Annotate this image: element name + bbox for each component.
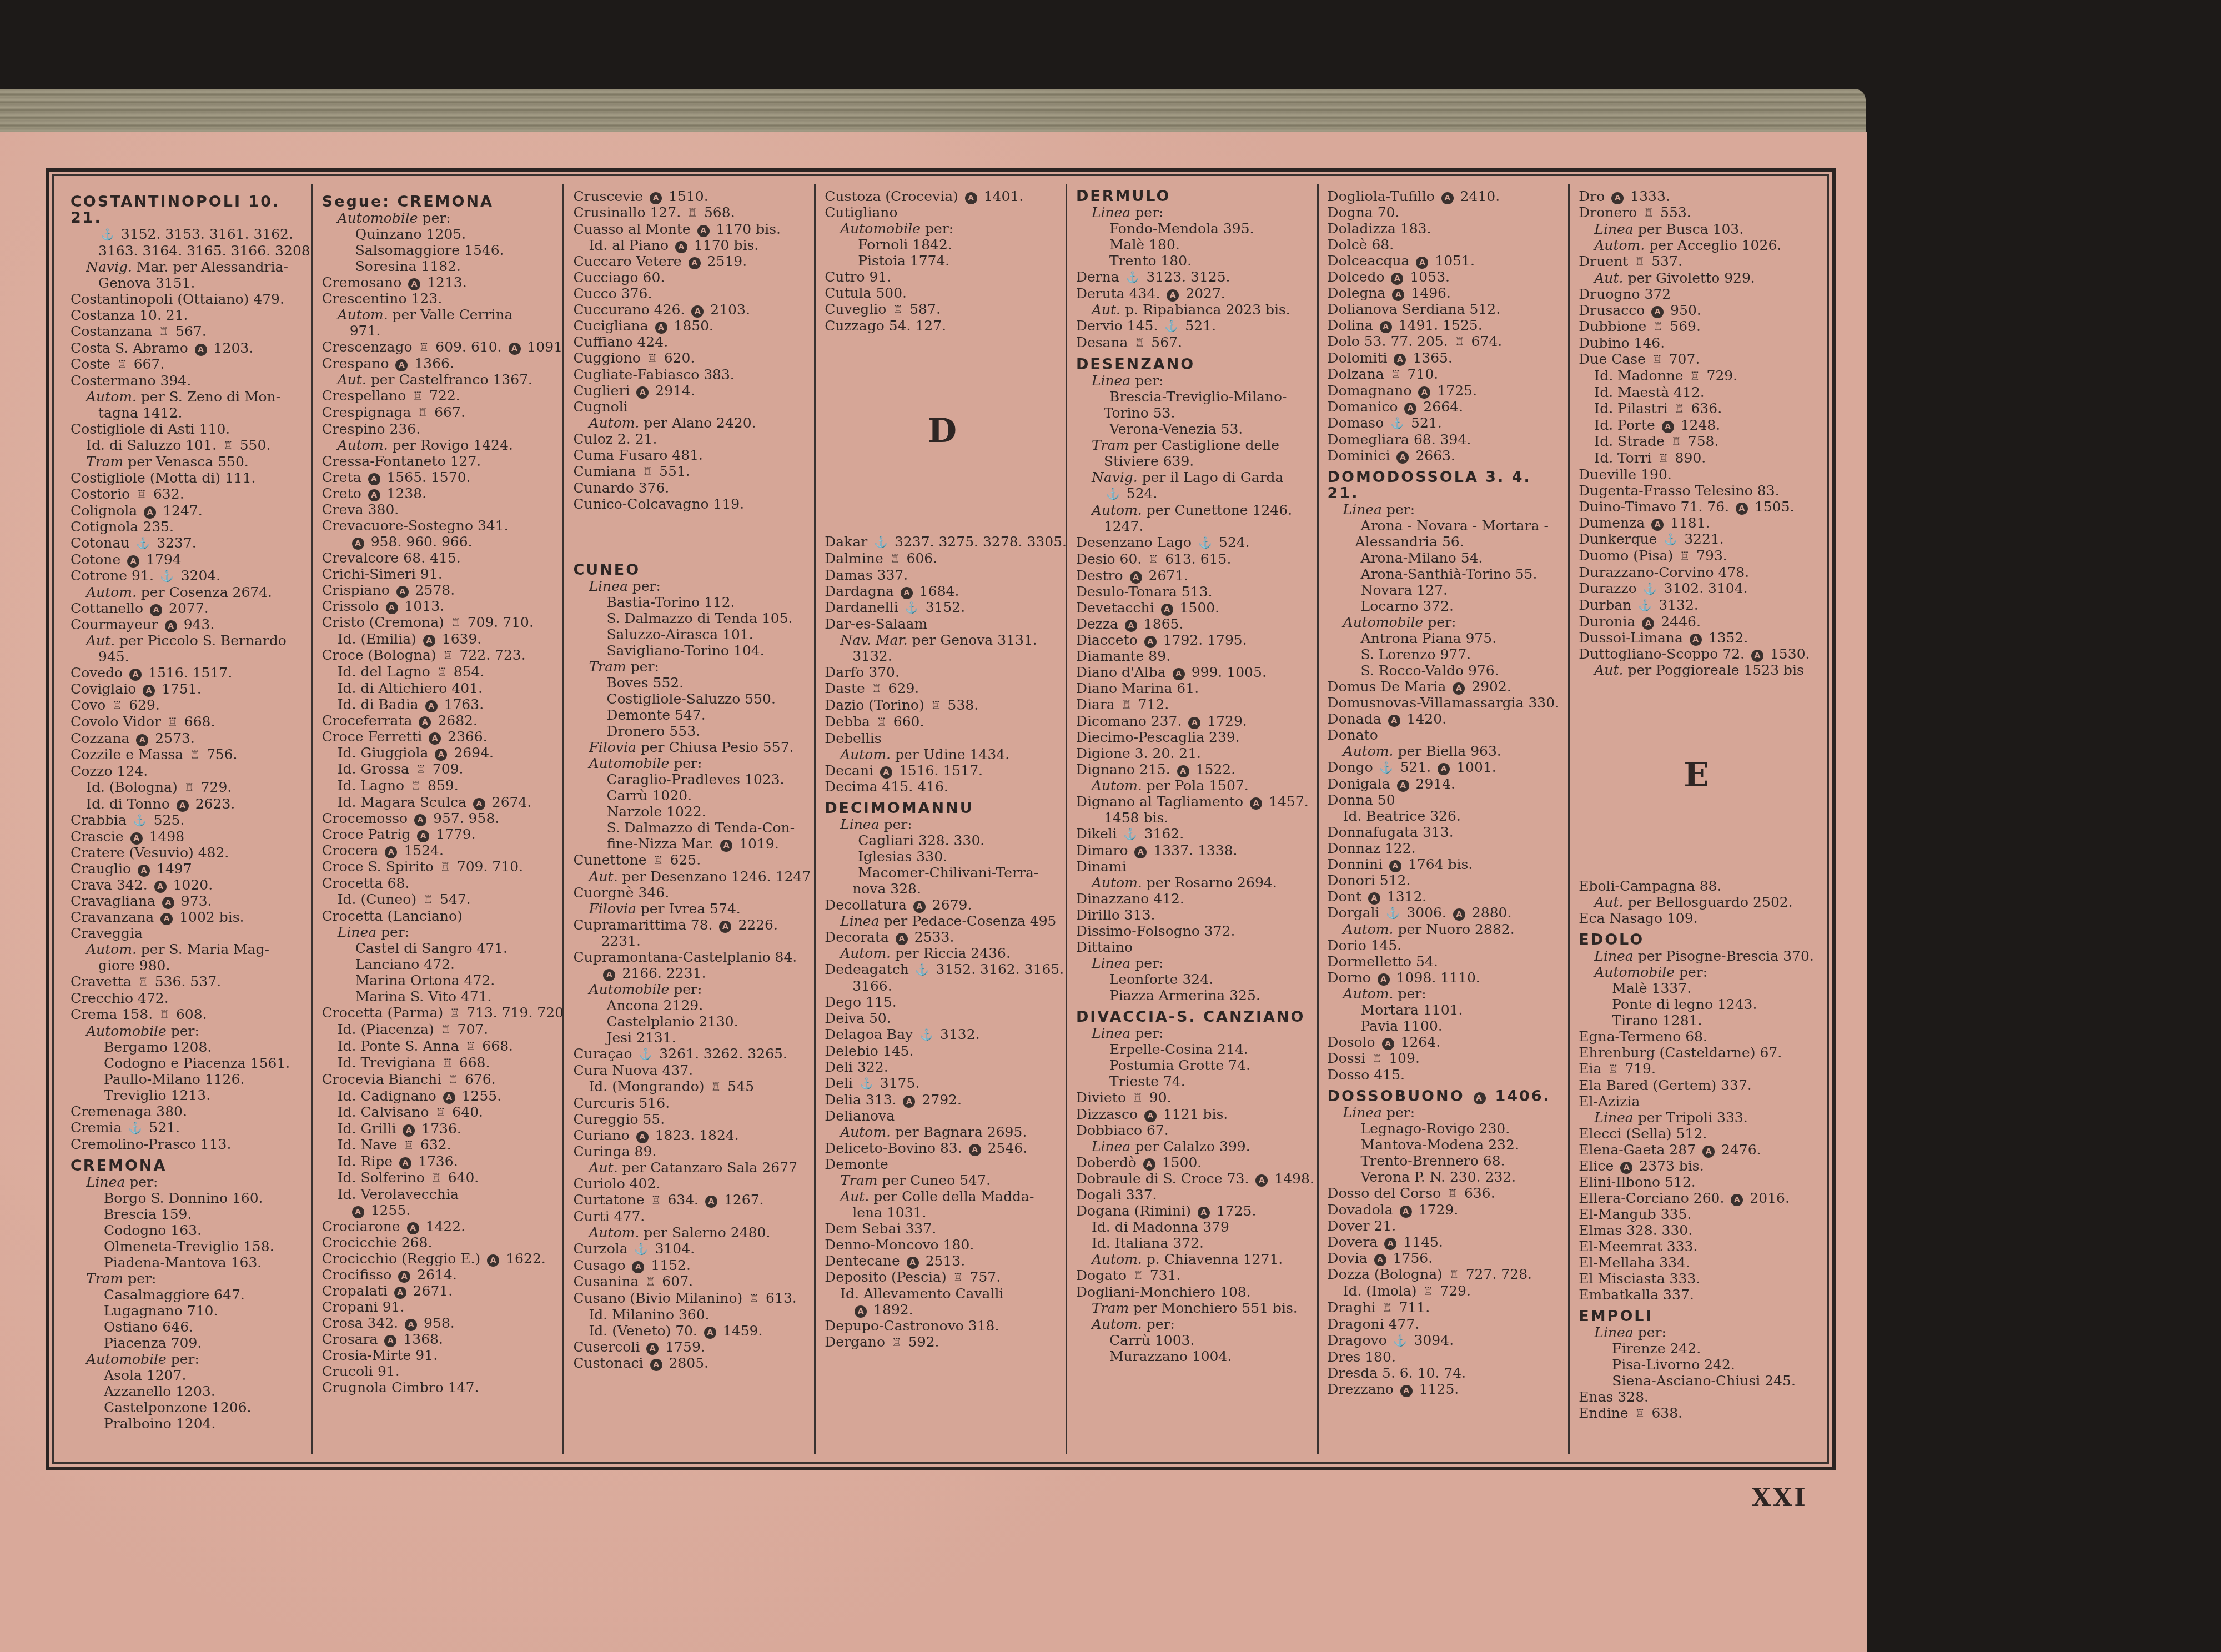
automobile-service-icon: A [691, 305, 704, 318]
index-subentry: Bergamo 1208. [71, 1039, 306, 1055]
index-entry: Dosso 415. [1328, 1067, 1563, 1083]
index-subentry: Tram per Monchiero 551 bis. [1076, 1300, 1312, 1316]
index-subentry: Linea per: [825, 816, 1060, 832]
automobile-service-icon: A [1662, 421, 1674, 433]
index-subentry: Id. (Cuneo) ♖ 547. [322, 891, 557, 908]
tram-bell-icon: ♖ [1134, 335, 1144, 351]
index-entry: Cuzzago 54. 127. [825, 318, 1060, 334]
index-subentry: Marina Ortona 472. [322, 972, 557, 988]
index-subentry: giore 980. [71, 957, 306, 973]
index-subentry: Id. Ripe A 1736. [322, 1153, 557, 1169]
index-entry: Costa S. Abramo A 1203. [71, 340, 306, 356]
index-entry: Crocetta (Lanciano) [322, 908, 557, 924]
index-entry: Elmas 328. 330. [1579, 1222, 1814, 1238]
section-heading: DOMODOSSOLA 3. 4. 21. [1328, 469, 1563, 501]
index-subentry: 3166. [825, 978, 1060, 994]
index-entry: Crocicchie 268. [322, 1234, 557, 1251]
index-entry: Domusnovas-Villamassargia 330. [1328, 695, 1563, 711]
automobile-service-icon: A [473, 798, 485, 810]
index-subentry: Id. Beatrice 326. [1328, 808, 1563, 824]
tram-bell-icon: ♖ [687, 205, 697, 221]
index-entry: Crugnola Cimbro 147. [322, 1379, 557, 1395]
index-entry: Cuorgnè 346. [573, 885, 808, 901]
index-entry: Curti 477. [573, 1208, 808, 1224]
index-entry: Crocemosso A 957. 958. [322, 810, 557, 826]
index-entry: Cuveglio ♖ 587. [825, 301, 1060, 318]
index-entry: Curcuris 516. [573, 1095, 808, 1111]
index-subentry: Erpelle-Cosina 214. [1076, 1041, 1312, 1057]
tram-bell-icon: ♖ [1659, 450, 1669, 466]
automobile-service-icon: A [855, 1305, 867, 1318]
index-subentry: Linea per: [1328, 501, 1563, 518]
index-subentry: Novara 127. [1328, 582, 1563, 598]
automobile-service-icon: A [1143, 1158, 1155, 1171]
index-entry: Crocicchio (Reggio E.) A 1622. [322, 1251, 557, 1267]
automobile-service-icon: A [423, 635, 435, 647]
automobile-service-icon: A [1474, 1092, 1486, 1104]
index-subentry: Id. Madonne ♖ 729. [1579, 368, 1814, 384]
section-heading: DESENZANO [1076, 356, 1312, 373]
index-entry: Cozzo 124. [71, 763, 306, 779]
automobile-service-icon: A [1188, 717, 1200, 729]
index-subentry: Tram per Castiglione delle [1076, 437, 1312, 453]
index-entry: Dentecane A 2513. [825, 1253, 1060, 1269]
index-entry: Crauglio A 1497 [71, 861, 306, 877]
index-subentry: S. Lorenzo 977. [1328, 646, 1563, 662]
index-entry: El Misciasta 333. [1579, 1271, 1814, 1287]
index-subentry: Autom. per Pola 1507. [1076, 777, 1312, 794]
index-subentry: Cagliari 328. 330. [825, 832, 1060, 848]
index-subentry: Linea per Busca 103. [1579, 221, 1814, 237]
index-entry: Cutigliano [825, 204, 1060, 220]
automobile-service-icon: A [697, 225, 710, 237]
index-column-1: COSTANTINOPOLI 10. 21.⚓ 3152. 3153. 3161… [62, 184, 311, 1454]
index-entry: Dezza A 1865. [1076, 616, 1312, 632]
index-entry: Dolzana ♖ 710. [1328, 366, 1563, 383]
index-entry: Doberdò A 1500. [1076, 1154, 1312, 1171]
index-entry: Dolianova Serdiana 512. [1328, 301, 1563, 317]
tram-bell-icon: ♖ [448, 1072, 458, 1088]
index-subentry: Carrù 1020. [573, 787, 808, 804]
index-subentry: Autom. per Valle Cerrina [322, 307, 557, 323]
index-entry: Dubino 146. [1579, 335, 1814, 351]
automobile-service-icon: A [352, 538, 364, 550]
tram-bell-icon: ♖ [647, 350, 657, 366]
index-entry: Domus De Maria A 2902. [1328, 679, 1563, 695]
index-entry: Donnaz 122. [1328, 840, 1563, 856]
automobile-service-icon: A [195, 344, 207, 356]
index-entry: Delia 313. A 2792. [825, 1092, 1060, 1108]
index-entry: Deli 322. [825, 1059, 1060, 1075]
index-entry: Enas 328. [1579, 1389, 1814, 1405]
index-entry: Costantinopoli (Ottaiano) 479. [71, 291, 306, 307]
index-entry: Curiano A 1823. 1824. [573, 1127, 808, 1143]
index-subentry: Navig. Mar. per Alessandria- [71, 259, 306, 275]
index-entry: Dicomano 237. A 1729. [1076, 713, 1312, 729]
index-subentry: Siena-Asciano-Chiusi 245. [1579, 1373, 1814, 1389]
tram-bell-icon: ♖ [1455, 334, 1465, 350]
index-subentry: Borgo S. Donnino 160. [71, 1190, 306, 1206]
automobile-service-icon: A [1642, 617, 1654, 630]
index-subentry: Pavia 1100. [1328, 1018, 1563, 1034]
automobile-service-icon: A [719, 921, 731, 933]
index-entry: Crespino 236. [322, 421, 557, 437]
index-subentry: Genova 3151. [71, 275, 306, 291]
tram-bell-icon: ♖ [437, 664, 447, 680]
index-entry: Creto A 1238. [322, 485, 557, 501]
index-entry: Delebio 145. [825, 1043, 1060, 1059]
index-entry: Cressa-Fontaneto 127. [322, 453, 557, 469]
tram-bell-icon: ♖ [441, 1022, 451, 1038]
index-subentry: Dronero 553. [573, 723, 808, 739]
index-subentry: Jesi 2131. [573, 1030, 808, 1046]
index-entry: El-Mellaha 334. [1579, 1254, 1814, 1271]
automobile-service-icon: A [1388, 715, 1400, 727]
automobile-service-icon: A [903, 1096, 915, 1108]
index-subentry: Nav. Mar. per Genova 3131. [825, 632, 1060, 648]
index-subentry: Id. Milanino 360. [573, 1307, 808, 1323]
index-subentry: Id. (Bologna) ♖ 729. [71, 779, 306, 796]
index-subentry: Id. di Madonna 379 [1076, 1219, 1312, 1235]
index-subentry: Autom. per Riccia 2436. [825, 945, 1060, 961]
index-subentry: Verona-Venezia 53. [1076, 421, 1312, 437]
index-entry: Deli ⚓ 3175. [825, 1075, 1060, 1092]
index-subentry: Alessandria 56. [1328, 534, 1563, 550]
index-subentry: Carrù 1003. [1076, 1332, 1312, 1348]
index-subentry: Trento 180. [1076, 253, 1312, 269]
index-subentry: S. Dalmazzo di Tenda 105. [573, 610, 808, 626]
index-subentry: Tram per Cuneo 547. [825, 1172, 1060, 1188]
index-column-4: Custoza (Crocevia) A 1401.CutiglianoAuto… [814, 184, 1066, 1454]
automobile-service-icon: A [127, 555, 139, 568]
index-subentry: Paullo-Milano 1126. [71, 1071, 306, 1087]
index-entry: Cura Nuova 437. [573, 1062, 808, 1078]
index-subentry: Trieste 74. [1076, 1073, 1312, 1089]
automobile-service-icon: A [443, 1092, 455, 1104]
index-subentry: Fornoli 1842. [825, 237, 1060, 253]
index-entry: Dresda 5. 6. 10. 74. [1328, 1365, 1563, 1381]
index-entry: Dimaro A 1337. 1338. [1076, 842, 1312, 858]
index-entry: Costigliole (Motta di) 111. [71, 470, 306, 486]
index-entry: Cottanello A 2077. [71, 600, 306, 616]
index-subentry: Id. Ponte S. Anna ♖ 668. [322, 1038, 557, 1055]
section-heading: COSTANTINOPOLI 10. 21. [71, 194, 306, 226]
index-entry: Crusinallo 127. ♖ 568. [573, 204, 808, 221]
automobile-service-icon: A [1382, 1038, 1394, 1050]
ship-anchor-icon: ⚓ [136, 535, 150, 551]
automobile-service-icon: A [1374, 1254, 1386, 1266]
automobile-service-icon: A [1161, 604, 1173, 616]
tram-bell-icon: ♖ [1608, 1061, 1618, 1077]
tram-bell-icon: ♖ [411, 778, 421, 794]
index-subentry: Castelponzone 1206. [71, 1399, 306, 1415]
tram-bell-icon: ♖ [749, 1291, 759, 1307]
automobile-service-icon: A [398, 1271, 410, 1283]
index-subentry: Aut. p. Ripabianca 2023 bis. [1076, 302, 1312, 318]
ship-anchor-icon: ⚓ [128, 1120, 142, 1136]
tram-bell-icon: ♖ [451, 615, 461, 631]
index-entry: Dizzasco A 1121 bis. [1076, 1106, 1312, 1122]
index-subentry: Savigliano-Torino 104. [573, 642, 808, 659]
index-entry: Covedo A 1516. 1517. [71, 665, 306, 681]
index-entry: Ela Bared (Gertem) 337. [1579, 1077, 1814, 1093]
index-subentry: Filovia per Ivrea 574. [573, 901, 808, 917]
tram-bell-icon: ♖ [431, 1170, 441, 1186]
index-entry: Crascie A 1498 [71, 828, 306, 845]
index-subentry: Autom. per: [1328, 986, 1563, 1002]
automobile-service-icon: A [1173, 668, 1185, 680]
index-entry: El-Meemrat 333. [1579, 1238, 1814, 1254]
tram-bell-icon: ♖ [1635, 1405, 1645, 1422]
index-entry: Dogato ♖ 731. [1076, 1267, 1312, 1284]
tram-bell-icon: ♖ [416, 761, 426, 777]
automobile-service-icon: A [1378, 973, 1390, 986]
automobile-service-icon: A [1389, 860, 1401, 872]
index-entry: Crociarone A 1422. [322, 1218, 557, 1234]
tram-bell-icon: ♖ [184, 780, 194, 796]
automobile-service-icon: A [969, 1144, 981, 1156]
index-entry: Colignola A 1247. [71, 503, 306, 519]
index-entry: Desenzano Lago ⚓ 524. [1076, 534, 1312, 551]
index-entry: Cristo (Cremona) ♖ 709. 710. [322, 614, 557, 631]
index-subentry: Locarno 372. [1328, 598, 1563, 614]
index-subentry: 971. [322, 323, 557, 339]
index-entry: Dres 180. [1328, 1349, 1563, 1365]
index-entry: Cruscevie A 1510. [573, 188, 808, 204]
automobile-service-icon: A [880, 766, 892, 779]
index-subentry: Automobile per: [322, 210, 557, 226]
index-subentry: Ponte di legno 1243. [1579, 996, 1814, 1012]
index-entry: Deposito (Pescia) ♖ 757. [825, 1269, 1060, 1286]
index-entry: Dragoni 477. [1328, 1316, 1563, 1332]
section-heading: DOSSOBUONO A 1406. [1328, 1088, 1563, 1104]
index-entry: Diano d'Alba A 999. 1005. [1076, 664, 1312, 680]
index-subentry: Iglesias 330. [825, 848, 1060, 865]
index-subentry: ⚓ 524. [1076, 485, 1312, 502]
index-entry: El-Mangub 335. [1579, 1206, 1814, 1222]
index-subentry: 3163. 3164. 3165. 3166. 3208. [71, 243, 306, 259]
index-subentry: Legnago-Rovigo 230. [1328, 1121, 1563, 1137]
index-entry: Dogna 70. [1328, 204, 1563, 220]
index-entry: Decima 415. 416. [825, 779, 1060, 795]
index-entry: Curtatone ♖ 634. A 1267. [573, 1192, 808, 1208]
index-entry: Domaso ⚓ 521. [1328, 415, 1563, 431]
index-subentry: Id. di Saluzzo 101. ♖ 550. [71, 437, 306, 454]
index-entry: Covolo Vidor ♖ 668. [71, 714, 306, 730]
index-subentry: Linea per: [1076, 204, 1312, 220]
index-entry: Cugnoli [573, 399, 808, 415]
index-entry: Digione 3. 20. 21. [1076, 745, 1312, 761]
index-entry: Dorgali ⚓ 3006. A 2880. [1328, 905, 1563, 921]
index-entry: Crespellano ♖ 722. [322, 388, 557, 404]
index-entry: Dragovo ⚓ 3094. [1328, 1332, 1563, 1349]
index-entry: Cuasso al Monte A 1170 bis. [573, 221, 808, 237]
index-frame: COSTANTINOPOLI 10. 21.⚓ 3152. 3153. 3161… [46, 168, 1836, 1470]
index-subentry: Soresina 1182. [322, 258, 557, 274]
index-subentry: Aut. per Desenzano 1246. 1247 [573, 868, 808, 885]
automobile-service-icon: A [130, 832, 143, 845]
index-entry: Elena-Gaeta 287 A 2476. [1579, 1142, 1814, 1158]
index-entry: Crema 158. ♖ 608. [71, 1006, 306, 1023]
automobile-service-icon: A [352, 1206, 364, 1218]
index-entry: Dovera A 1145. [1328, 1234, 1563, 1250]
index-entry: Dumenza A 1181. [1579, 515, 1814, 531]
index-subentry: Malè 180. [1076, 237, 1312, 253]
index-subentry: Id. Trevigiana ♖ 668. [322, 1055, 557, 1071]
index-entry: Dar-es-Salaam [825, 616, 1060, 632]
index-entry: Cuffiano 424. [573, 334, 808, 350]
index-entry: Dosolo A 1264. [1328, 1034, 1563, 1050]
automobile-service-icon: A [1441, 192, 1454, 204]
index-subentry: Id. Solferino ♖ 640. [322, 1169, 557, 1186]
index-subentry: 1247. [1076, 518, 1312, 534]
index-subentry: Mortara 1101. [1328, 1002, 1563, 1018]
index-entry: Duomo (Pisa) ♖ 793. [1579, 548, 1814, 564]
index-subentry: A 1892. [825, 1302, 1060, 1318]
index-entry: Decorata A 2533. [825, 929, 1060, 945]
index-subentry: Castel di Sangro 471. [322, 940, 557, 956]
index-subentry: Id. Calvisano ♖ 640. [322, 1104, 557, 1121]
automobile-service-icon: A [632, 1261, 644, 1273]
index-entry: Durban ⚓ 3132. [1579, 597, 1814, 614]
index-entry: Costanzana ♖ 567. [71, 323, 306, 340]
index-entry: Demonte [825, 1156, 1060, 1172]
automobile-service-icon: A [394, 1287, 406, 1299]
automobile-service-icon: A [138, 865, 150, 877]
automobile-service-icon: A [655, 322, 667, 334]
index-subentry: Aut. per Givoletto 929. [1579, 270, 1814, 286]
tram-bell-icon: ♖ [1449, 1267, 1459, 1283]
tram-bell-icon: ♖ [1690, 368, 1700, 384]
index-entry: Cravetta ♖ 536. 537. [71, 973, 306, 990]
automobile-service-icon: A [395, 359, 408, 371]
index-entry: Delianova [825, 1108, 1060, 1124]
index-entry: Cutro 91. [825, 269, 1060, 285]
index-subentry: Id. Pilastri ♖ 636. [1579, 400, 1814, 417]
index-subentry: ⚓ 3152. 3153. 3161. 3162. [71, 226, 306, 243]
index-entry: Divieto ♖ 90. [1076, 1089, 1312, 1106]
index-entry: Decollatura A 2679. [825, 897, 1060, 913]
tram-bell-icon: ♖ [1644, 205, 1654, 221]
tram-bell-icon: ♖ [1391, 366, 1401, 383]
tram-bell-icon: ♖ [1635, 254, 1645, 270]
index-subentry: Id. di Tonno A 2623. [71, 796, 306, 812]
index-entry: Dogali 337. [1076, 1187, 1312, 1203]
tram-bell-icon: ♖ [1148, 551, 1158, 568]
index-entry: Dolceacqua A 1051. [1328, 253, 1563, 269]
index-entry: Dubbione ♖ 569. [1579, 318, 1814, 335]
index-entry: Dergano ♖ 592. [825, 1334, 1060, 1350]
index-entry: Donnafugata 313. [1328, 824, 1563, 840]
index-subentry: Trento-Brennero 68. [1328, 1153, 1563, 1169]
index-entry: Crava 342. A 1020. [71, 877, 306, 893]
index-entry: Crosa 342. A 958. [322, 1315, 557, 1331]
tram-bell-icon: ♖ [1133, 1268, 1143, 1284]
index-subentry: Lugagnano 710. [71, 1303, 306, 1319]
ship-anchor-icon: ⚓ [860, 1076, 873, 1092]
index-subentry: Aut. per Piccolo S. Bernardo [71, 632, 306, 649]
ship-anchor-icon: ⚓ [1198, 535, 1212, 551]
index-entry: Dro A 1333. [1579, 188, 1814, 204]
index-entry: Crucoli 91. [322, 1363, 557, 1379]
index-subentry: Autom. per Bagnara 2695. [825, 1124, 1060, 1140]
tram-bell-icon: ♖ [419, 339, 429, 355]
automobile-service-icon: A [1167, 289, 1179, 302]
index-entry: Dover 21. [1328, 1218, 1563, 1234]
automobile-service-icon: A [1404, 403, 1416, 415]
automobile-service-icon: A [1397, 780, 1409, 792]
index-subentry: Autom. per Salerno 2480. [573, 1224, 808, 1241]
index-entry: Diano Marina 61. [1076, 680, 1312, 696]
index-subentry: Castelplanio 2130. [573, 1013, 808, 1030]
index-entry: Durazzo ⚓ 3102. 3104. [1579, 580, 1814, 597]
tram-bell-icon: ♖ [443, 647, 453, 664]
index-entry: Cusago A 1152. [573, 1257, 808, 1273]
index-entry: Donato [1328, 727, 1563, 743]
automobile-service-icon: A [1198, 1207, 1210, 1219]
index-entry: Dego 115. [825, 994, 1060, 1010]
automobile-service-icon: A [1391, 273, 1403, 285]
index-subentry: Murazzano 1004. [1076, 1348, 1312, 1364]
index-subentry: Macomer-Chilivani-Terra- [825, 865, 1060, 881]
index-entry: Cravanzana A 1002 bis. [71, 909, 306, 925]
index-subentry: Id. Strade ♖ 758. [1579, 433, 1814, 450]
index-subentry: fine-Nizza Mar. A 1019. [573, 836, 808, 852]
index-subentry: 1458 bis. [1076, 810, 1312, 826]
automobile-service-icon: A [509, 343, 521, 355]
index-subentry: Id. del Lagno ♖ 854. [322, 664, 557, 680]
index-subentry: Id. Magara Sculca A 2674. [322, 794, 557, 810]
ship-anchor-icon: ⚓ [1164, 318, 1178, 334]
tram-bell-icon: ♖ [711, 1079, 721, 1095]
automobile-service-icon: A [368, 473, 380, 485]
section-heading: CREMONA [71, 1158, 306, 1174]
index-subentry: Malè 1337. [1579, 980, 1814, 996]
index-subentry: Linea per Pisogne-Brescia 370. [1579, 948, 1814, 964]
index-entry: Cotrone 91. ⚓ 3204. [71, 568, 306, 584]
section-heading: EDOLO [1579, 932, 1814, 948]
index-entry: Cupramarittima 78. A 2226. [573, 917, 808, 933]
index-subentry: Codogno e Piacenza 1561. [71, 1055, 306, 1071]
index-entry: Dedeagatch ⚓ 3152. 3162. 3165. [825, 961, 1060, 978]
automobile-service-icon: A [1438, 763, 1450, 775]
automobile-service-icon: A [1384, 1238, 1396, 1250]
tram-bell-icon: ♖ [450, 1005, 460, 1021]
index-entry: Dunkerque ⚓ 3221. [1579, 531, 1814, 548]
index-entry: Culoz 2. 21. [573, 431, 808, 447]
index-entry: Eboli-Campagna 88. [1579, 878, 1814, 894]
section-heading: DIVACCIA-S. CANZIANO [1076, 1009, 1312, 1025]
automobile-service-icon: A [907, 1257, 919, 1269]
index-entry: Dolomiti A 1365. [1328, 350, 1563, 366]
index-entry: Custoza (Crocevia) A 1401. [825, 188, 1060, 204]
index-column-2: Segue: CREMONAAutomobile per:Quinzano 12… [311, 184, 563, 1454]
index-subentry: Id. Allevamento Cavalli [825, 1286, 1060, 1302]
tram-bell-icon: ♖ [877, 714, 887, 730]
index-subentry: Id. (Imola) ♖ 729. [1328, 1283, 1563, 1299]
tram-bell-icon: ♖ [440, 859, 450, 875]
index-entry: Cusercoli A 1759. [573, 1339, 808, 1355]
automobile-service-icon: A [419, 716, 431, 729]
index-entry: Cuggiono ♖ 620. [573, 350, 808, 366]
tram-bell-icon: ♖ [159, 1007, 169, 1023]
automobile-service-icon: A [636, 386, 649, 399]
index-subentry: Autom. per: [1076, 1316, 1312, 1332]
index-subentry: Costigliole-Saluzzo 550. [573, 691, 808, 707]
index-entry: Dueville 190. [1579, 466, 1814, 483]
automobile-service-icon: A [435, 749, 447, 761]
index-entry: Drezzano A 1125. [1328, 1381, 1563, 1397]
